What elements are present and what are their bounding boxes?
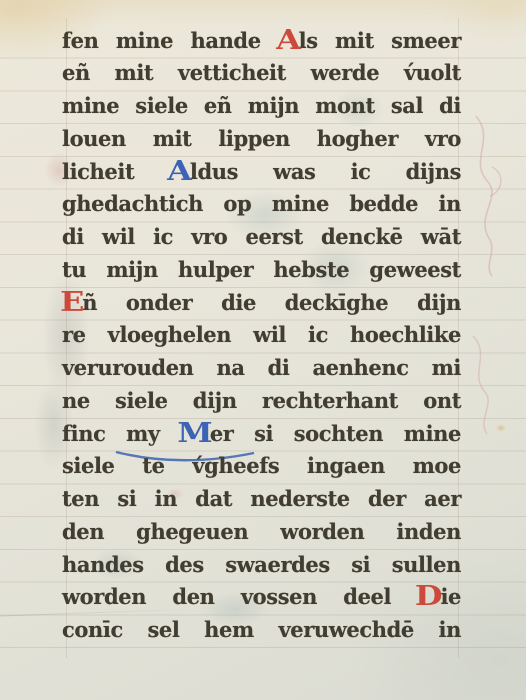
manuscript-line: ghedachtich op mine bedde in xyxy=(62,188,461,221)
manuscript-line: Eñ onder die deckīghe dijn xyxy=(62,287,461,320)
text-segment: tu mijn hulper hebste geweest xyxy=(62,257,461,282)
manuscript-line: finc my Mer si sochten mine xyxy=(62,418,461,451)
manuscript-line: fen mine hande Als mit smeer xyxy=(62,25,461,58)
text-segment: fen mine hande xyxy=(62,28,278,53)
manuscript-line: den ghegeuen worden inden xyxy=(62,516,461,549)
text-segment: eñ mit vetticheit werde v́uolt xyxy=(62,60,461,85)
margin-flourish-upper xyxy=(462,112,522,282)
manuscript-line: eñ mit vetticheit werde v́uolt xyxy=(62,57,461,90)
manuscript-page: fen mine hande Als mit smeereñ mit vetti… xyxy=(0,0,526,700)
text-segment: den ghegeuen worden inden xyxy=(62,519,461,544)
manuscript-line: siele te v́gheefs ingaen moe xyxy=(62,450,461,483)
text-segment: re vloeghelen wil ic hoechlike xyxy=(62,322,461,347)
illuminated-initial-m: M xyxy=(178,420,213,448)
text-segment: finc my xyxy=(62,421,180,446)
text-segment: ghedachtich op mine bedde in xyxy=(62,191,461,216)
text-segment: mine siele eñ mijn mont sal di xyxy=(62,93,461,118)
text-segment: ne siele dijn rechterhant ont xyxy=(62,388,461,413)
text-segment: licheit xyxy=(62,159,169,184)
manuscript-line: mine siele eñ mijn mont sal di xyxy=(62,90,461,123)
manuscript-line: conīc sel hem veruwechdē in xyxy=(62,614,461,647)
margin-flourish-lower xyxy=(463,330,513,440)
manuscript-line: licheit Aldus was ic dijns xyxy=(62,156,461,189)
illuminated-initial-a: A xyxy=(168,158,192,186)
manuscript-line: worden den vossen deel Die xyxy=(62,581,461,614)
manuscript-line: tu mijn hulper hebste geweest xyxy=(62,254,461,287)
parchment-warm-edge xyxy=(0,0,526,26)
manuscript-line: ten si in dat nederste der aer xyxy=(62,483,461,516)
text-segment: siele te v́gheefs ingaen moe xyxy=(62,453,461,478)
text-segment: ie xyxy=(440,584,461,609)
text-segment: handes des swaerdes si sullen xyxy=(62,552,461,577)
illuminated-initial-a: A xyxy=(276,27,300,55)
text-segment: di wil ic vro eerst denckē wāt xyxy=(62,224,461,249)
manuscript-line: verurouden na di aenhenc mi xyxy=(62,352,461,385)
text-segment: ldus was ic dijns xyxy=(190,159,461,184)
text-segment: conīc sel hem veruwechdē in xyxy=(62,617,461,642)
text-segment: ñ onder die deckīghe dijn xyxy=(82,290,461,315)
text-segment: er si sochten mine xyxy=(210,421,461,446)
text-segment: ls mit smeer xyxy=(299,28,461,53)
manuscript-line: ne siele dijn rechterhant ont xyxy=(62,385,461,418)
text-segment: ten si in dat nederste der aer xyxy=(62,486,461,511)
illuminated-initial-d: D xyxy=(415,583,442,611)
manuscript-line: handes des swaerdes si sullen xyxy=(62,549,461,582)
manuscript-line: louen mit lippen hogher vro xyxy=(62,123,461,156)
text-segment: louen mit lippen hogher vro xyxy=(62,126,461,151)
manuscript-line: re vloeghelen wil ic hoechlike xyxy=(62,319,461,352)
text-segment: worden den vossen deel xyxy=(62,584,417,609)
text-block: fen mine hande Als mit smeereñ mit vetti… xyxy=(62,25,461,647)
manuscript-line: di wil ic vro eerst denckē wāt xyxy=(62,221,461,254)
illuminated-initial-e: E xyxy=(60,289,84,317)
text-segment: verurouden na di aenhenc mi xyxy=(62,355,461,380)
